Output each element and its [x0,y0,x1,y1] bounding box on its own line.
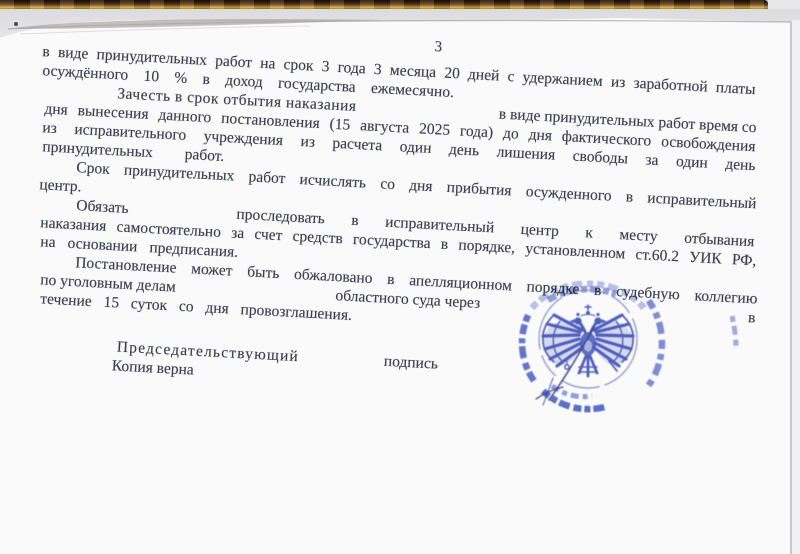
page-right-edge [790,22,792,554]
scanned-court-document: 3 в виде принудительных работ на срок 3 … [0,0,800,554]
ink-dot [14,22,18,26]
page-number: 3 [421,37,456,58]
page-right-margin [792,20,800,554]
golden-frame-bar [0,0,768,9]
double-headed-eagle-icon [543,305,633,376]
court-seal-stamp [496,266,756,422]
doc-line: центр. [39,175,120,198]
signature-placeholder: подпись [383,352,438,374]
